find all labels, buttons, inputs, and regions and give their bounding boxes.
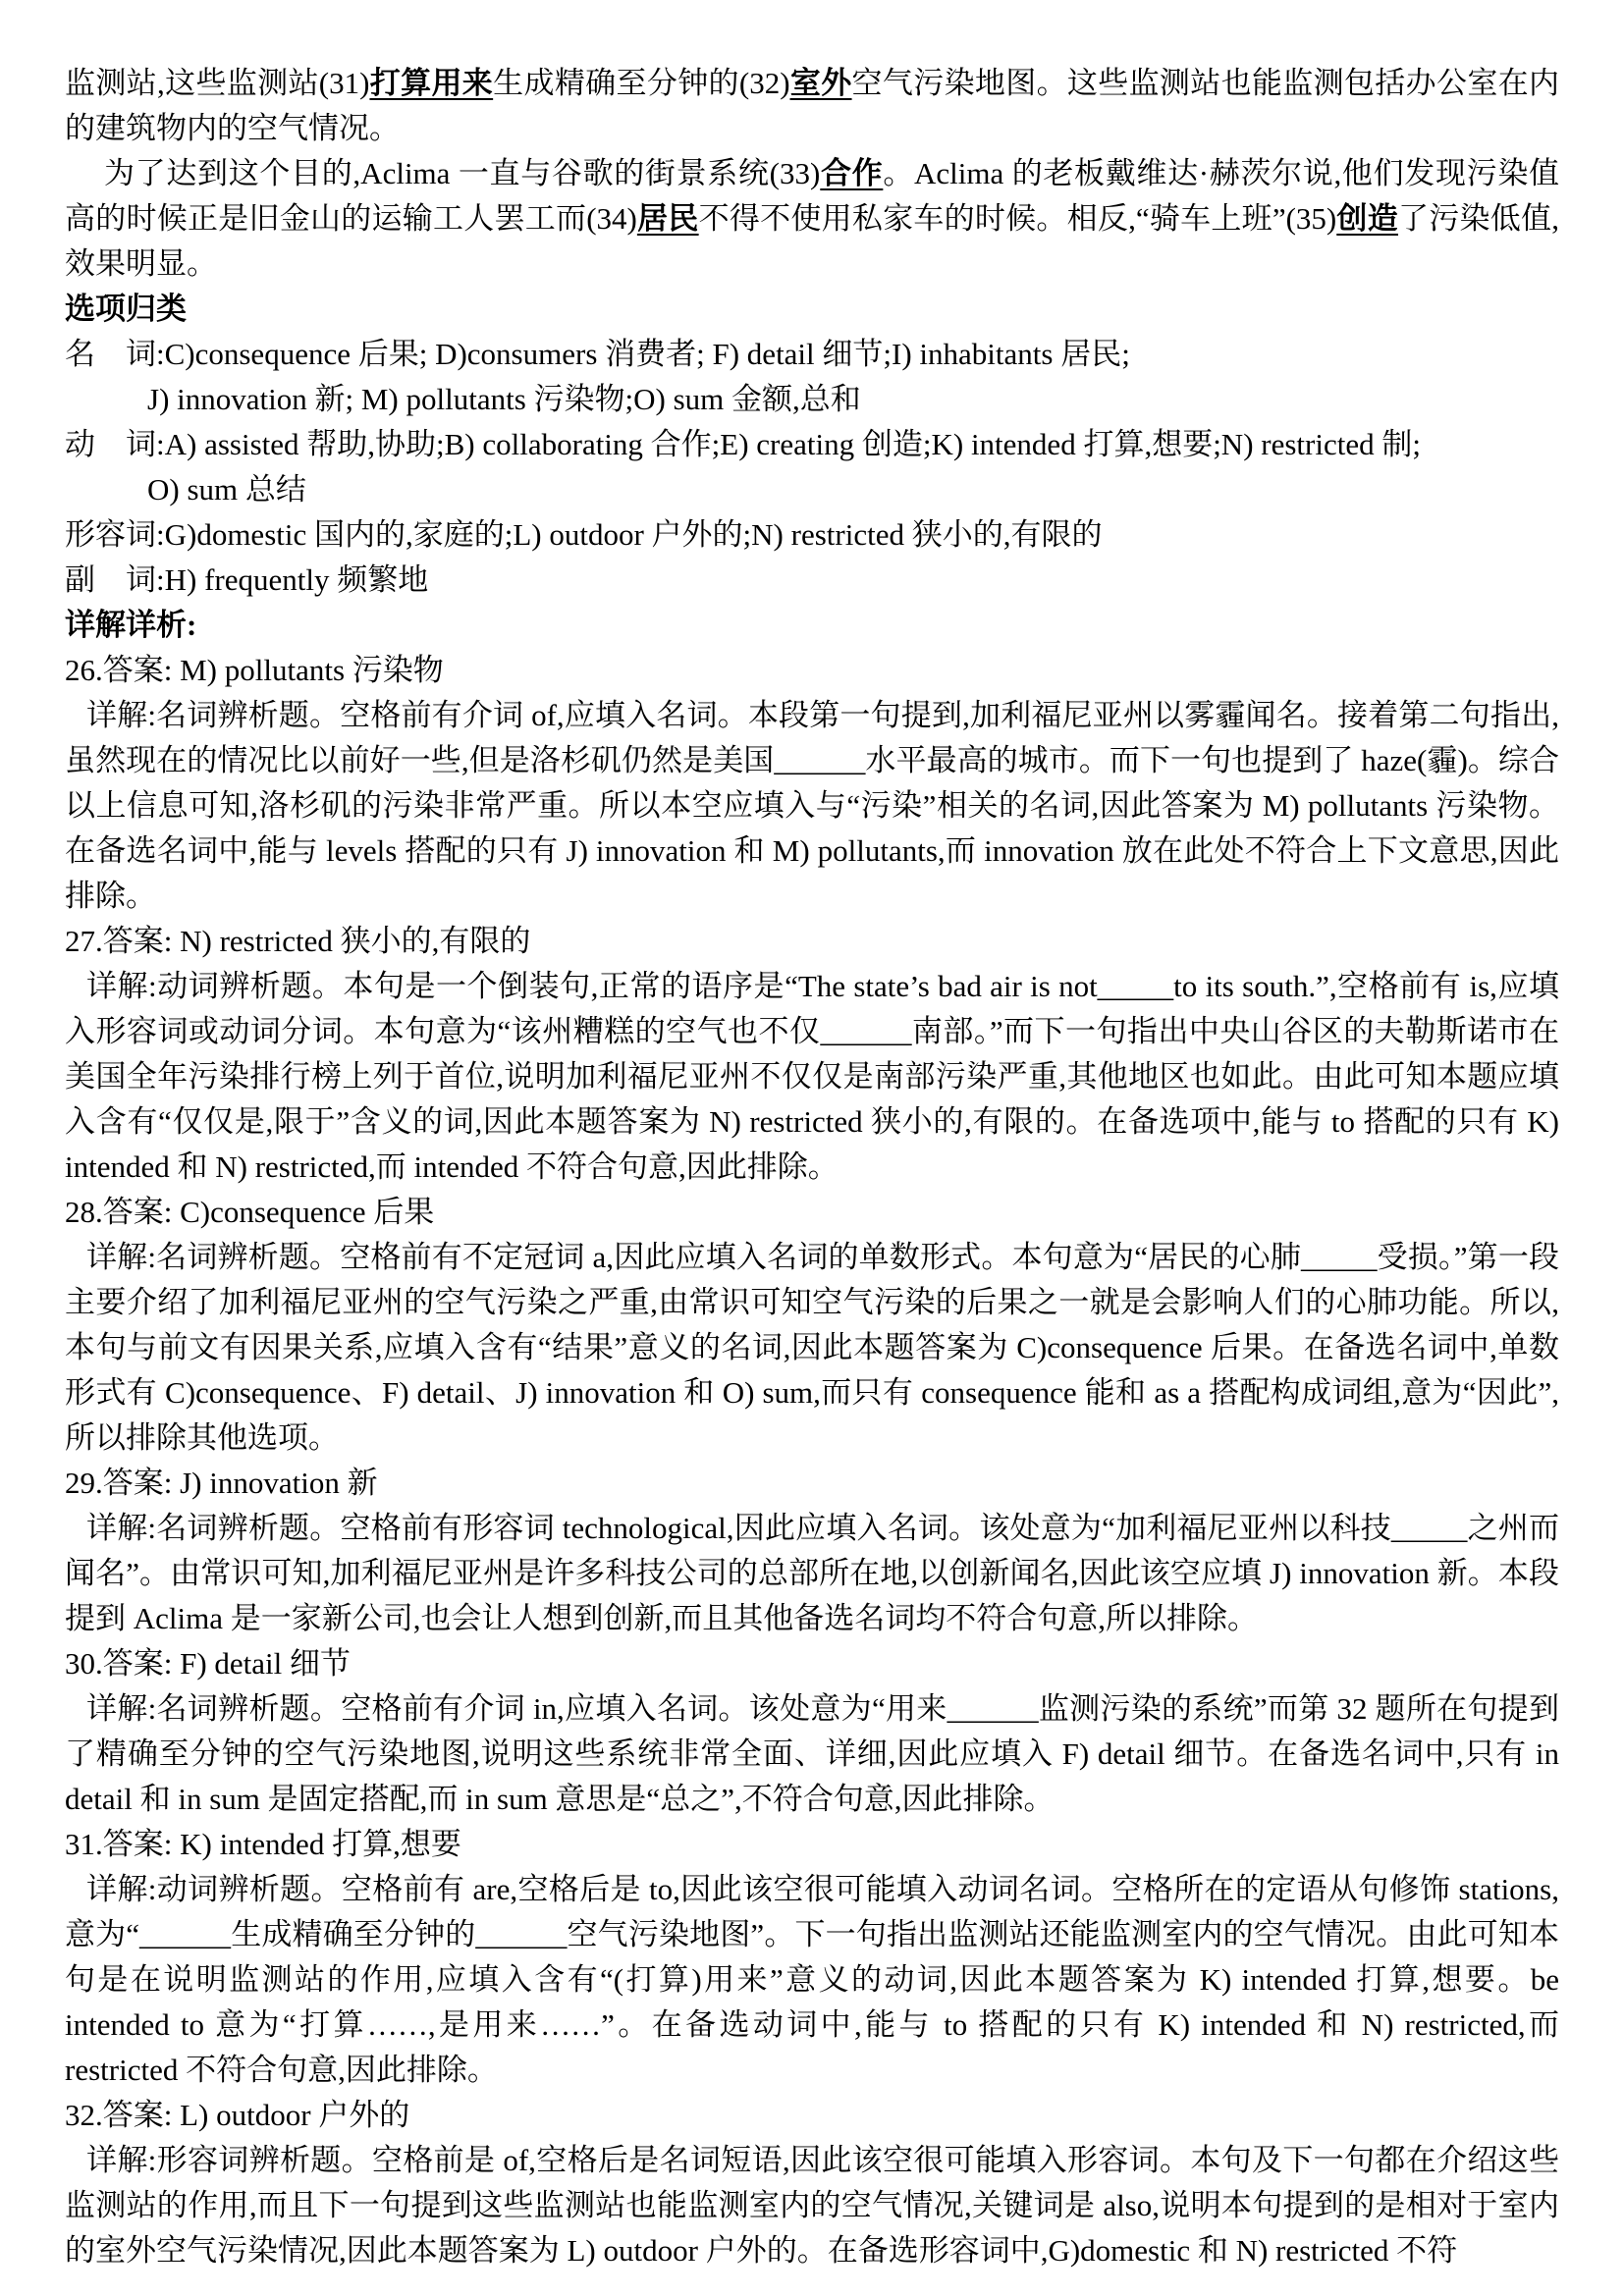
explanation-31: 详解:动词辨析题。空格前有 are,空格后是 to,因此该空很可能填入动词名词。… (65, 1867, 1559, 2093)
text-segment: 32.答案: L) outdoor 户外的 (65, 2098, 409, 2132)
text-segment: 生成精确至分钟的(32) (493, 66, 789, 100)
text-segment: 详解:动词辨析题。本句是一个倒装句,正常的语序是“The state’s bad… (65, 969, 1559, 1184)
paragraph-translation-2: 为了达到这个目的,Aclima 一直与谷歌的街景系统(33)合作。Aclima … (65, 151, 1559, 287)
answer-28: 28.答案: C)consequence 后果 (65, 1190, 1559, 1235)
pos-noun-line-1: 名 词:C)consequence 后果; D)consumers 消费者; F… (65, 332, 1559, 377)
heading-option-category: 选项归类 (65, 287, 1559, 332)
text-segment: 详解:名词辨析题。空格前有形容词 technological,因此应填入名词。该… (65, 1511, 1559, 1635)
text-segment: 不得不使用私家车的时候。相反,“骑车上班”(35) (699, 201, 1337, 236)
answer-32: 32.答案: L) outdoor 户外的 (65, 2093, 1559, 2138)
text-segment: O) sum 总结 (147, 472, 306, 507)
text-segment: 动 词:A) assisted 帮助,协助;B) collaborating 合… (65, 427, 1421, 461)
pos-adverb-line: 副 词:H) frequently 频繁地 (65, 558, 1559, 603)
text-segment: 27.答案: N) restricted 狭小的,有限的 (65, 924, 530, 958)
answer-term-underlined: 室外 (790, 66, 852, 100)
text-segment: 26.答案: M) pollutants 污染物 (65, 653, 444, 687)
pos-noun-line-2: J) innovation 新; M) pollutants 污染物;O) su… (65, 377, 1559, 422)
text-segment: 形容词:G)domestic 国内的,家庭的;L) outdoor 户外的;N)… (65, 517, 1102, 552)
pos-verb-line-1: 动 词:A) assisted 帮助,协助;B) collaborating 合… (65, 422, 1559, 467)
text-segment: 30.答案: F) detail 细节 (65, 1646, 351, 1681)
text-segment: 选项归类 (65, 292, 187, 326)
text-segment: 详解:名词辨析题。空格前有不定冠词 a,因此应填入名词的单数形式。本句意为“居民… (65, 1240, 1559, 1455)
text-segment: 28.答案: C)consequence 后果 (65, 1195, 434, 1229)
pos-verb-line-2: O) sum 总结 (65, 467, 1559, 512)
text-segment: 为了达到这个目的,Aclima 一直与谷歌的街景系统(33) (104, 156, 820, 190)
pos-adjective-line: 形容词:G)domestic 国内的,家庭的;L) outdoor 户外的;N)… (65, 512, 1559, 558)
text-segment: 详解:名词辨析题。空格前有介词 of,应填入名词。本段第一句提到,加利福尼亚州以… (65, 698, 1559, 913)
explanation-26: 详解:名词辨析题。空格前有介词 of,应填入名词。本段第一句提到,加利福尼亚州以… (65, 693, 1559, 919)
answer-27: 27.答案: N) restricted 狭小的,有限的 (65, 919, 1559, 964)
text-segment: 31.答案: K) intended 打算,想要 (65, 1827, 461, 1861)
answer-term-underlined: 打算用来 (369, 66, 493, 100)
answer-term-underlined: 居民 (637, 201, 699, 236)
text-segment: J) innovation 新; M) pollutants 污染物;O) su… (147, 382, 861, 416)
text-segment: 详解详析: (65, 608, 196, 642)
answer-26: 26.答案: M) pollutants 污染物 (65, 648, 1559, 693)
answer-30: 30.答案: F) detail 细节 (65, 1641, 1559, 1686)
answer-term-underlined: 合作 (820, 156, 883, 190)
answer-term-underlined: 创造 (1336, 201, 1398, 236)
document-page: 监测站,这些监测站(31)打算用来生成精确至分钟的(32)室外空气污染地图。这些… (0, 0, 1624, 2296)
answer-31: 31.答案: K) intended 打算,想要 (65, 1822, 1559, 1867)
explanation-29: 详解:名词辨析题。空格前有形容词 technological,因此应填入名词。该… (65, 1506, 1559, 1641)
text-segment: 详解:动词辨析题。空格前有 are,空格后是 to,因此该空很可能填入动词名词。… (65, 1872, 1559, 2087)
text-segment: 详解:形容词辨析题。空格前是 of,空格后是名词短语,因此该空很可能填入形容词。… (65, 2143, 1559, 2268)
text-segment: 详解:名词辨析题。空格前有介词 in,应填入名词。该处意为“用来______监测… (65, 1691, 1559, 1816)
explanation-32: 详解:形容词辨析题。空格前是 of,空格后是名词短语,因此该空很可能填入形容词。… (65, 2138, 1559, 2273)
explanation-28: 详解:名词辨析题。空格前有不定冠词 a,因此应填入名词的单数形式。本句意为“居民… (65, 1235, 1559, 1461)
explanation-27: 详解:动词辨析题。本句是一个倒装句,正常的语序是“The state’s bad… (65, 964, 1559, 1190)
text-segment: 副 词:H) frequently 频繁地 (65, 562, 428, 597)
text-segment: 29.答案: J) innovation 新 (65, 1466, 378, 1500)
text-segment: 监测站,这些监测站(31) (65, 66, 369, 100)
paragraph-translation-continuation: 监测站,这些监测站(31)打算用来生成精确至分钟的(32)室外空气污染地图。这些… (65, 61, 1559, 151)
heading-detailed-analysis: 详解详析: (65, 603, 1559, 648)
answer-29: 29.答案: J) innovation 新 (65, 1461, 1559, 1506)
document-content: 监测站,这些监测站(31)打算用来生成精确至分钟的(32)室外空气污染地图。这些… (65, 61, 1559, 2273)
text-segment: 名 词:C)consequence 后果; D)consumers 消费者; F… (65, 337, 1130, 371)
explanation-30: 详解:名词辨析题。空格前有介词 in,应填入名词。该处意为“用来______监测… (65, 1686, 1559, 1822)
